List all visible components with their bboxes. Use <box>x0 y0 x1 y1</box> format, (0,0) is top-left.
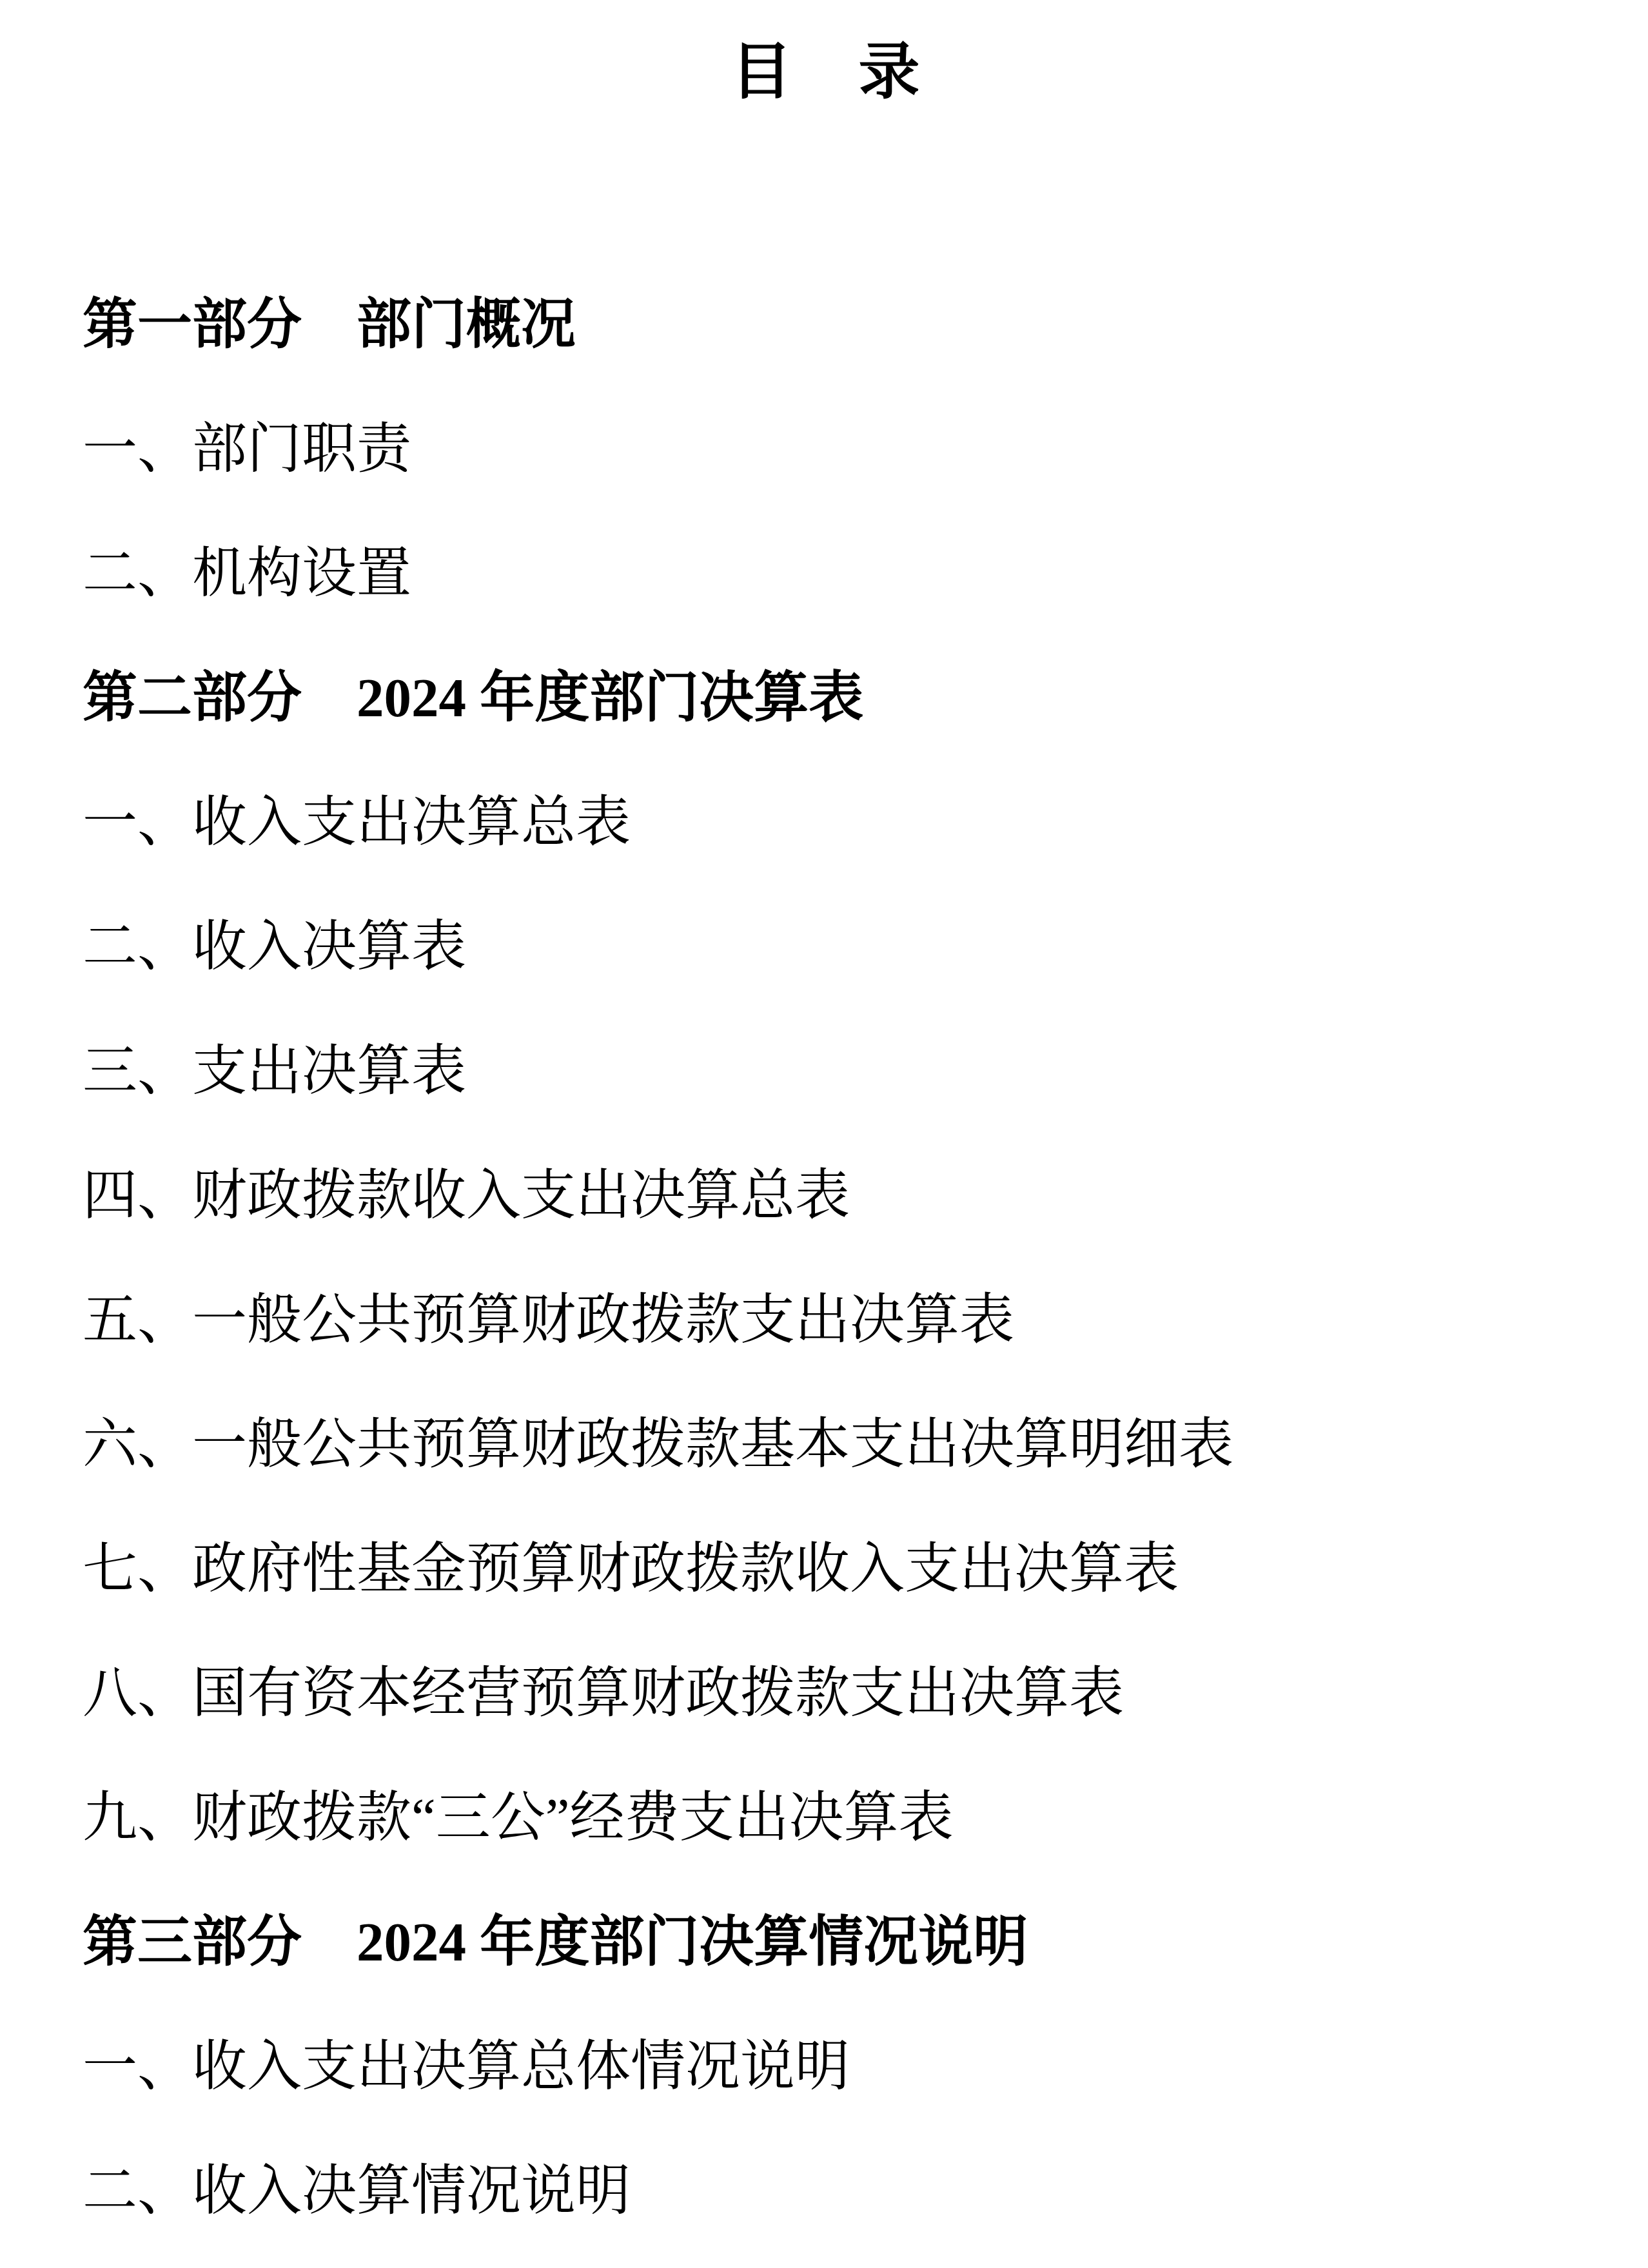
toc-section-heading-part3: 第三部分 2024 年度部门决算情况说明 <box>83 1881 1571 2005</box>
toc-item: 二、收入决算情况说明 <box>83 2129 1571 2254</box>
toc-section-heading-part2: 第二部分 2024 年度部门决算表 <box>83 636 1571 761</box>
toc-item: 一、收入支出决算总体情况说明 <box>83 2005 1571 2129</box>
toc-item: 七、政府性基金预算财政拨款收入支出决算表 <box>83 1507 1571 1632</box>
toc-list: 第一部分 部门概况 一、部门职责 二、机构设置 第二部分 2024 年度部门决算… <box>83 263 1571 2254</box>
toc-item: 二、收入决算表 <box>83 885 1571 1010</box>
toc-item: 九、财政拨款“三公”经费支出决算表 <box>83 1756 1571 1881</box>
toc-item: 二、机构设置 <box>83 512 1571 636</box>
toc-item: 一、收入支出决算总表 <box>83 761 1571 885</box>
toc-item: 五、一般公共预算财政拨款支出决算表 <box>83 1258 1571 1383</box>
toc-item: 六、一般公共预算财政拨款基本支出决算明细表 <box>83 1383 1571 1507</box>
toc-item: 三、支出决算表 <box>83 1010 1571 1134</box>
toc-title: 目 录 <box>83 35 1571 109</box>
toc-section-heading-part1: 第一部分 部门概况 <box>83 263 1571 387</box>
document-page: 目 录 第一部分 部门概况 一、部门职责 二、机构设置 第二部分 2024 年度… <box>0 0 1648 2268</box>
toc-item: 四、财政拨款收入支出决算总表 <box>83 1134 1571 1258</box>
toc-item: 八、国有资本经营预算财政拨款支出决算表 <box>83 1632 1571 1756</box>
toc-item: 一、部门职责 <box>83 387 1571 512</box>
